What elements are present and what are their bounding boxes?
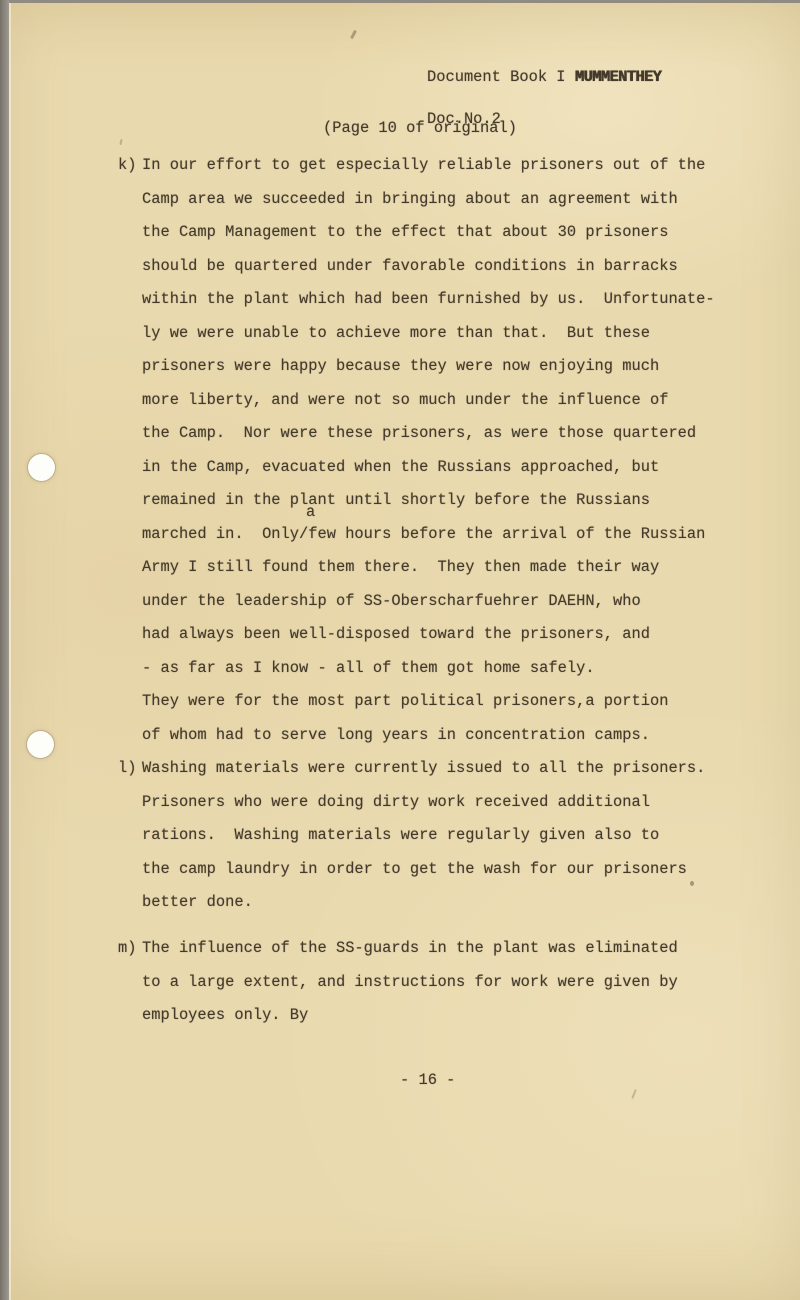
text-line: more liberty, and were not so much under… <box>142 384 715 418</box>
text-line: - as far as I know - all of them got hom… <box>142 652 715 686</box>
punch-hole-bottom <box>27 731 54 758</box>
text-line: within the plant which had been furnishe… <box>142 283 715 317</box>
text-line: Camp area we succeeded in bringing about… <box>142 183 715 217</box>
text-line: the camp laundry in order to get the was… <box>142 853 705 887</box>
paragraph-label: k) <box>118 149 136 183</box>
paragraph-label: m) <box>118 932 136 966</box>
text-line: rations. Washing materials were regularl… <box>142 819 705 853</box>
text-line: The influence of the SS-guards in the pl… <box>142 932 678 966</box>
scanner-edge-strip <box>0 0 9 1300</box>
text-line: Washing materials were currently issued … <box>142 752 705 786</box>
paragraph-l: l) Washing materials were currently issu… <box>118 752 705 920</box>
text-line: of whom had to serve long years in conce… <box>142 719 715 753</box>
text-line: employees only. By <box>142 999 678 1033</box>
paragraph-label: l) <box>118 752 136 786</box>
text-line: remained in the plant until shortly befo… <box>142 484 715 518</box>
page-reference: (Page 10 of original) <box>323 118 517 138</box>
paragraph-m: m) The influence of the SS-guards in the… <box>118 932 678 1033</box>
text-line: Prisoners who were doing dirty work rece… <box>142 786 705 820</box>
text-line: should be quartered under favorable cond… <box>142 250 715 284</box>
scan-speck <box>690 881 694 886</box>
text-line: Army I still found them there. They then… <box>142 551 715 585</box>
paper-page: Document Book I MUMMENTHEY Doc.No.2 (Pag… <box>9 3 800 1300</box>
scanned-document: Document Book I MUMMENTHEY Doc.No.2 (Pag… <box>0 0 800 1300</box>
text-line: In our effort to get especially reliable… <box>142 149 715 183</box>
scan-speck <box>631 1089 637 1099</box>
typed-insertion-a: a <box>306 503 315 521</box>
text-line: under the leadership of SS-Oberscharfueh… <box>142 585 715 619</box>
scan-speck <box>119 139 122 145</box>
text-line: marched in. Only/few hours before the ar… <box>142 518 715 552</box>
text-line: to a large extent, and instructions for … <box>142 966 678 1000</box>
text-line: in the Camp, evacuated when the Russians… <box>142 451 715 485</box>
text-line: ly we were unable to achieve more than t… <box>142 317 715 351</box>
punch-hole-top <box>28 454 55 481</box>
page-number: - 16 - <box>400 1064 455 1098</box>
scan-speck <box>350 30 357 39</box>
text-line: They were for the most part political pr… <box>142 685 715 719</box>
text-line: the Camp. Nor were these prisoners, as w… <box>142 417 715 451</box>
text-line: prisoners were happy because they were n… <box>142 350 715 384</box>
text-line: the Camp Management to the effect that a… <box>142 216 715 250</box>
paragraph-k: k) a In our effort to get especially rel… <box>118 149 715 752</box>
header-book-title: Document Book I <box>427 68 575 86</box>
text-line: had always been well-disposed toward the… <box>142 618 715 652</box>
text-line: better done. <box>142 886 705 920</box>
header-defendant-name: MUMMENTHEY <box>575 68 661 86</box>
